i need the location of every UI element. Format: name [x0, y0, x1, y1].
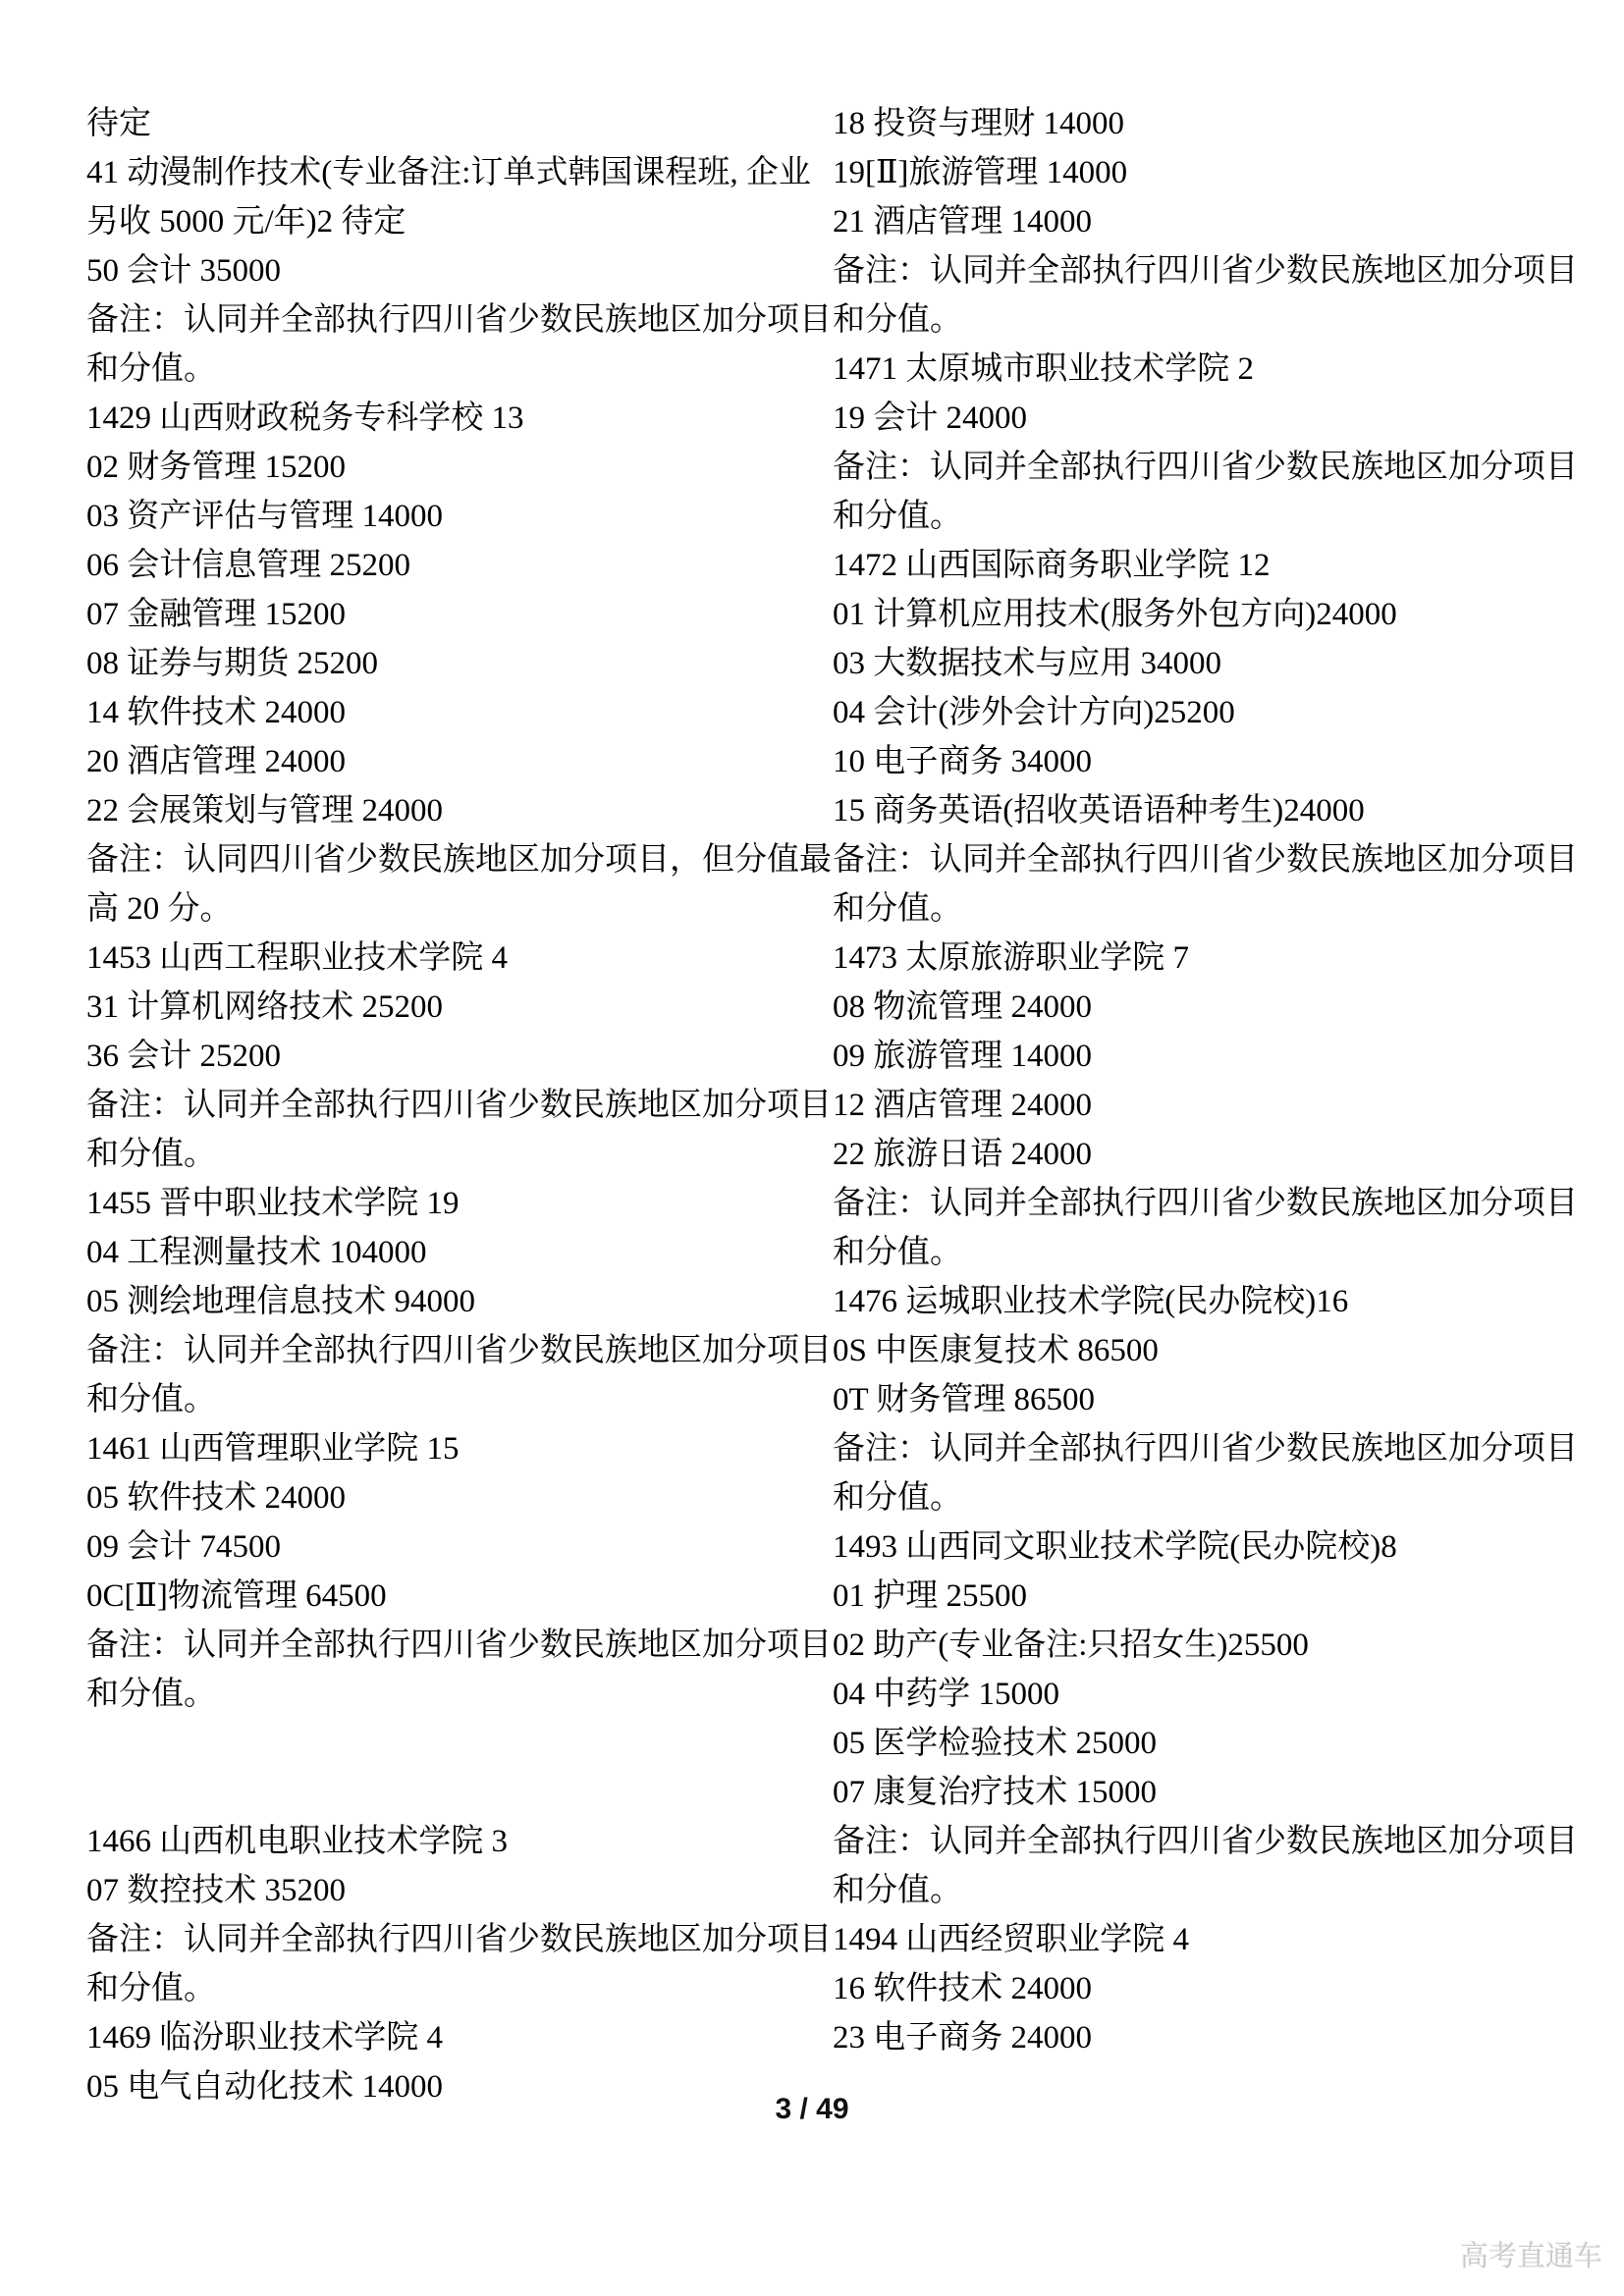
- text-line: 22 旅游日语 24000: [833, 1130, 1559, 1179]
- text-line: 19 会计 24000: [833, 394, 1559, 443]
- text-line: 1476 运城职业技术学院(民办院校)16: [833, 1277, 1559, 1326]
- text-line: 18 投资与理财 14000: [833, 99, 1559, 148]
- text-line: 高 20 分。: [86, 884, 803, 934]
- text-line: 备注：认同并全部执行四川省少数民族地区加分项目: [86, 1915, 803, 1964]
- text-line: 01 计算机应用技术(服务外包方向)24000: [833, 590, 1559, 639]
- text-line: 和分值。: [86, 1375, 803, 1424]
- text-line: 04 会计(涉外会计方向)25200: [833, 688, 1559, 737]
- page-number-indicator: 3 / 49: [0, 2093, 1624, 2126]
- text-line: 10 电子商务 34000: [833, 737, 1559, 786]
- text-line: 1466 山西机电职业技术学院 3: [86, 1817, 803, 1866]
- text-line: 和分值。: [833, 1473, 1559, 1522]
- text-line: 1471 太原城市职业技术学院 2: [833, 345, 1559, 394]
- text-line: 14 软件技术 24000: [86, 688, 803, 737]
- text-line: 20 酒店管理 24000: [86, 737, 803, 786]
- blank-line: [86, 1719, 803, 1768]
- text-line: 0T 财务管理 86500: [833, 1375, 1559, 1424]
- text-line: 备注：认同并全部执行四川省少数民族地区加分项目: [833, 1424, 1559, 1473]
- text-line: 22 会展策划与管理 24000: [86, 786, 803, 835]
- text-line: 09 旅游管理 14000: [833, 1032, 1559, 1081]
- text-line: 和分值。: [86, 345, 803, 394]
- text-line: 备注：认同并全部执行四川省少数民族地区加分项目: [833, 1817, 1559, 1866]
- text-line: 07 数控技术 35200: [86, 1866, 803, 1915]
- text-line: 02 财务管理 15200: [86, 443, 803, 492]
- text-line: 备注：认同并全部执行四川省少数民族地区加分项目: [86, 1326, 803, 1375]
- document-page: 待定41 动漫制作技术(专业备注:订单式韩国课程班, 企业另收 5000 元/年…: [0, 0, 1624, 2296]
- text-line: 04 中药学 15000: [833, 1670, 1559, 1719]
- text-line: 07 康复治疗技术 15000: [833, 1768, 1559, 1817]
- text-line: 03 大数据技术与应用 34000: [833, 639, 1559, 688]
- text-line: 05 医学检验技术 25000: [833, 1719, 1559, 1768]
- text-line: 备注：认同四川省少数民族地区加分项目，但分值最: [86, 835, 803, 884]
- text-line: 16 软件技术 24000: [833, 1964, 1559, 2013]
- text-line: 0C[Ⅱ]物流管理 64500: [86, 1572, 803, 1621]
- text-line: 1473 太原旅游职业学院 7: [833, 934, 1559, 983]
- text-line: 09 会计 74500: [86, 1522, 803, 1572]
- text-line: 和分值。: [86, 1130, 803, 1179]
- text-line: 和分值。: [833, 884, 1559, 934]
- text-line: 待定: [86, 99, 803, 148]
- text-line: 05 软件技术 24000: [86, 1473, 803, 1522]
- text-line: 备注：认同并全部执行四川省少数民族地区加分项目: [86, 295, 803, 345]
- text-line: 另收 5000 元/年)2 待定: [86, 197, 803, 246]
- text-line: 1455 晋中职业技术学院 19: [86, 1179, 803, 1228]
- text-line: 1429 山西财政税务专科学校 13: [86, 394, 803, 443]
- text-line: 04 工程测量技术 104000: [86, 1228, 803, 1277]
- text-line: 和分值。: [833, 1228, 1559, 1277]
- text-line: 02 助产(专业备注:只招女生)25500: [833, 1621, 1559, 1670]
- text-line: 1461 山西管理职业学院 15: [86, 1424, 803, 1473]
- text-line: 备注：认同并全部执行四川省少数民族地区加分项目: [833, 443, 1559, 492]
- text-line: 1493 山西同文职业技术学院(民办院校)8: [833, 1522, 1559, 1572]
- blank-line: [86, 1768, 803, 1817]
- text-line: 15 商务英语(招收英语语种考生)24000: [833, 786, 1559, 835]
- text-line: 和分值。: [833, 295, 1559, 345]
- text-line: 01 护理 25500: [833, 1572, 1559, 1621]
- text-line: 1469 临汾职业技术学院 4: [86, 2013, 803, 2062]
- text-line: 备注：认同并全部执行四川省少数民族地区加分项目: [833, 246, 1559, 295]
- text-line: 05 测绘地理信息技术 94000: [86, 1277, 803, 1326]
- text-line: 1453 山西工程职业技术学院 4: [86, 934, 803, 983]
- watermark: 高考直通车: [1460, 2234, 1602, 2274]
- text-line: 和分值。: [833, 492, 1559, 541]
- text-line: 1472 山西国际商务职业学院 12: [833, 541, 1559, 590]
- text-line: 03 资产评估与管理 14000: [86, 492, 803, 541]
- text-line: 21 酒店管理 14000: [833, 197, 1559, 246]
- text-line: 50 会计 35000: [86, 246, 803, 295]
- text-line: 23 电子商务 24000: [833, 2013, 1559, 2062]
- right-text-column: 18 投资与理财 1400019[Ⅱ]旅游管理 1400021 酒店管理 140…: [833, 99, 1559, 2062]
- text-line: 06 会计信息管理 25200: [86, 541, 803, 590]
- text-line: 07 金融管理 15200: [86, 590, 803, 639]
- text-line: 19[Ⅱ]旅游管理 14000: [833, 148, 1559, 197]
- text-line: 和分值。: [833, 1866, 1559, 1915]
- text-line: 41 动漫制作技术(专业备注:订单式韩国课程班, 企业: [86, 148, 803, 197]
- text-line: 1494 山西经贸职业学院 4: [833, 1915, 1559, 1964]
- text-line: 12 酒店管理 24000: [833, 1081, 1559, 1130]
- text-line: 备注：认同并全部执行四川省少数民族地区加分项目: [86, 1621, 803, 1670]
- text-line: 备注：认同并全部执行四川省少数民族地区加分项目: [833, 1179, 1559, 1228]
- text-line: 和分值。: [86, 1670, 803, 1719]
- left-text-column: 待定41 动漫制作技术(专业备注:订单式韩国课程班, 企业另收 5000 元/年…: [86, 99, 803, 2111]
- text-line: 36 会计 25200: [86, 1032, 803, 1081]
- text-line: 31 计算机网络技术 25200: [86, 983, 803, 1032]
- text-line: 和分值。: [86, 1964, 803, 2013]
- text-line: 08 证券与期货 25200: [86, 639, 803, 688]
- text-line: 备注：认同并全部执行四川省少数民族地区加分项目: [833, 835, 1559, 884]
- text-line: 08 物流管理 24000: [833, 983, 1559, 1032]
- text-line: 0S 中医康复技术 86500: [833, 1326, 1559, 1375]
- text-line: 备注：认同并全部执行四川省少数民族地区加分项目: [86, 1081, 803, 1130]
